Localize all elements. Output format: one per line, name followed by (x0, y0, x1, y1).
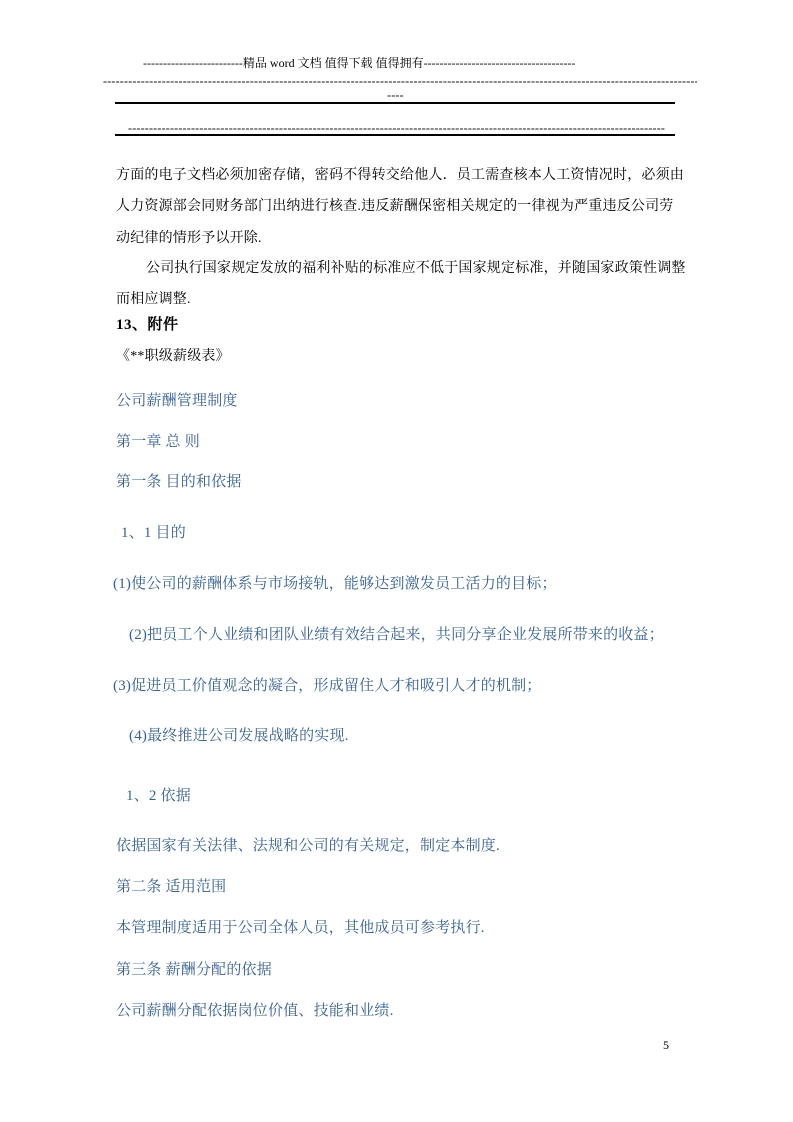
paragraph-line: 而相应调整. (116, 290, 191, 309)
attachment-heading: 13、附件 (116, 316, 179, 335)
page-number: 5 (663, 1038, 669, 1053)
attachment-item: 《**职级薪级表》 (116, 347, 230, 366)
header-banner: -------------------------精品 word 文档 值得下载… (143, 56, 575, 70)
policy-article-heading: 第三条 薪酬分配的依据 (116, 960, 272, 980)
policy-title: 公司薪酬管理制度 (116, 391, 238, 411)
paragraph-line: 方面的电子文档必须加密存储，密码不得转交给他人．员工需查核本人工资情况时，必须由 (116, 166, 684, 185)
dashed-separator-2: ----------------------------------------… (128, 122, 665, 134)
paragraph-line: 人力资源部会同财务部门出纳进行核查.违反薪酬保密相关规定的一律视为严重违反公司劳 (116, 197, 674, 216)
policy-article-heading: 第一条 目的和依据 (116, 472, 242, 492)
policy-section-heading: 1、1 目的 (121, 523, 186, 543)
policy-line: (3)促进员工价值观念的凝合，形成留住人才和吸引人才的机制； (113, 676, 542, 696)
policy-section-heading: 1、2 依据 (126, 786, 191, 806)
policy-line: 公司薪酬分配依据岗位价值、技能和业绩. (116, 1001, 394, 1021)
horizontal-rule-top (115, 102, 675, 104)
paragraph-line: 公司执行国家规定发放的福利补贴的标准应不低于国家规定标准，并随国家政策性调整 (146, 259, 686, 278)
policy-chapter-heading: 第一章 总 则 (116, 432, 200, 452)
policy-line: (1)使公司的薪酬体系与市场接轨，能够达到激发员工活力的目标； (113, 574, 557, 594)
policy-line: 本管理制度适用于公司全体人员，其他成员可参考执行. (116, 918, 485, 938)
dashed-separator-1: ----------------------------------------… (103, 75, 697, 87)
policy-line: (2)把员工个人业绩和团队业绩有效结合起来，共同分享企业发展所带来的收益； (129, 625, 664, 645)
document-page: -------------------------精品 word 文档 值得下载… (0, 0, 793, 1122)
horizontal-rule-bottom (115, 134, 675, 136)
paragraph-line: 动纪律的情形予以开除. (116, 229, 262, 248)
policy-article-heading: 第二条 适用范围 (116, 877, 226, 897)
policy-line: 依据国家有关法律、法规和公司的有关规定，制定本制度. (116, 836, 500, 856)
policy-line: (4)最终推进公司发展战略的实现. (129, 726, 349, 746)
dashed-separator-short: ---- (387, 89, 407, 101)
